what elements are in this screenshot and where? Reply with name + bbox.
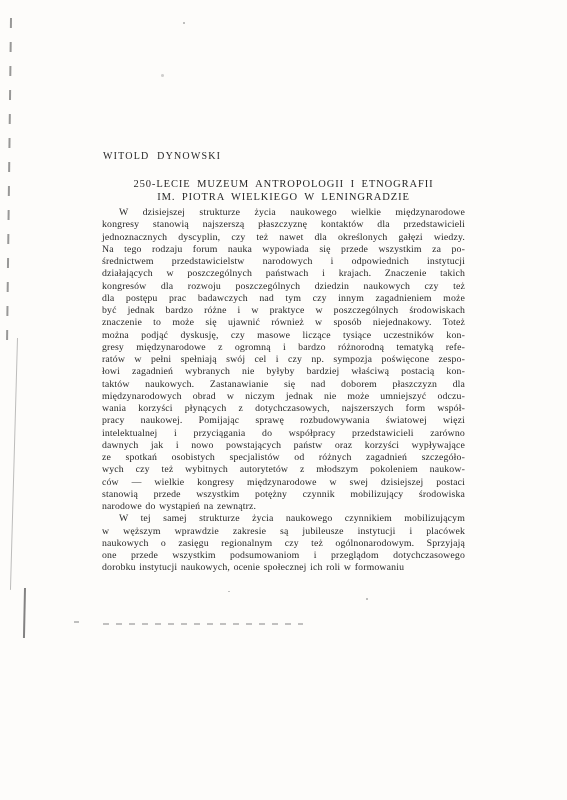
article-title: 250-LECIE MUZEUM ANTROPOLOGII I ETNOGRAF… [102, 178, 465, 204]
text-line: dawnych jak i nowo powstających państw o… [102, 440, 465, 452]
text-line: dorobku instytucji naukowych, ocenie spo… [102, 562, 465, 574]
text-line: kongresy stanowią najszerszą płaszczyznę… [102, 219, 465, 231]
text-line: Na tego rodzaju forum nauka wypowiada si… [102, 244, 465, 256]
text-line: średnictwem przedstawicielstw narodowych… [102, 256, 465, 268]
scan-speck [74, 621, 79, 623]
scan-speck [183, 22, 185, 24]
text-line: stanowią przede wszystkim potężny czynni… [102, 489, 465, 501]
text-line: znaczenie to może się ujawnić również w … [102, 317, 465, 329]
text-line: wania korzyści płynących z dotychczasowy… [102, 403, 465, 415]
scan-artifact-dashed-horizontal-line [103, 623, 303, 625]
text-line: W dzisiejszej strukturze życia naukowego… [102, 207, 465, 219]
text-line: kongresów dla rozwoju poszczególnych dzi… [102, 281, 465, 293]
text-line: W tej samej strukturze życia naukowego c… [102, 513, 465, 525]
text-line: w węższym wprawdzie zakresie są jubileus… [102, 526, 465, 538]
author-name: WITOLD DYNOWSKI [103, 151, 466, 162]
text-line: intelektualnej i przyciągania do współpr… [102, 428, 465, 440]
body-text: W dzisiejszej strukturze życia naukowego… [102, 207, 465, 575]
text-line: gresy międzynarodowe z ogromną i bardzo … [102, 342, 465, 354]
article-title-line-1: 250-LECIE MUZEUM ANTROPOLOGII I ETNOGRAF… [102, 178, 465, 191]
scan-speck [366, 598, 368, 600]
text-line: być jednak bardzo różne i w praktyce w p… [102, 305, 465, 317]
text-line: międzynarodowych obrad w niczym jednak n… [102, 391, 465, 403]
scanned-document-page: WITOLD DYNOWSKI 250-LECIE MUZEUM ANTROPO… [0, 0, 567, 800]
text-line: łowi zagadnień wybranych nie byłyby bard… [102, 366, 465, 378]
scan-artifact-thin-vertical-line [10, 338, 18, 590]
scan-artifact-dark-line-segment [23, 588, 26, 638]
text-line: wych czy też wybitnych autorytetów z mło… [102, 464, 465, 476]
text-line: naukowych o zasięgu regionalnym czy też … [102, 538, 465, 550]
text-line: narodowe do wystąpień na zewnątrz. [102, 501, 465, 513]
text-line: ców — wielkie kongresy międzynarodowe w … [102, 477, 465, 489]
text-line: jednoznacznych dyscyplin, czy też nawet … [102, 232, 465, 244]
text-line: taktów naukowych. Zastanawianie się nad … [102, 379, 465, 391]
text-line: ze spotkań osobistych specjalistów od ró… [102, 452, 465, 464]
text-line: one przede wszystkim podsumowaniom i prz… [102, 550, 465, 562]
article-title-line-2: IM. PIOTRA WIELKIEGO W LENINGRADZIE [102, 191, 465, 204]
text-line: pracy naukowej. Pomijając sprawę rozbudo… [102, 415, 465, 427]
text-line: można podjąć dyskusję, czy masowe licząc… [102, 330, 465, 342]
scan-speck [228, 591, 230, 592]
text-line: działających w poszczególnych państwach … [102, 268, 465, 280]
scan-speck [161, 74, 164, 77]
scan-artifact-dashed-vertical-line [6, 18, 12, 340]
text-line: dla postępu prac badawczych nad tym czy … [102, 293, 465, 305]
text-line: ratów w pełni spełniają swój cel i czy n… [102, 354, 465, 366]
